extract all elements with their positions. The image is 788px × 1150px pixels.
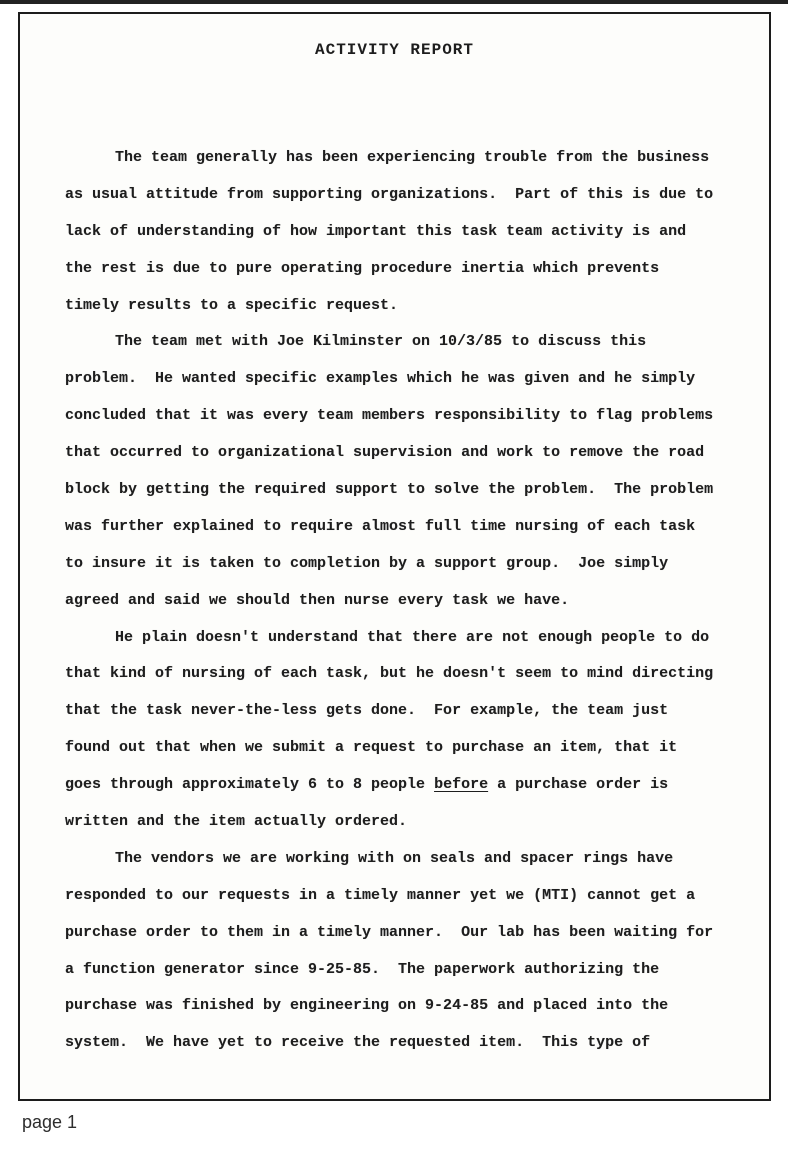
text-line: concluded that it was every team members… [65, 398, 755, 435]
scan-edge-artifact [0, 0, 788, 4]
text-line: problem. He wanted specific examples whi… [65, 361, 755, 398]
document-title: ACTIVITY REPORT [20, 41, 769, 59]
text-line: goes through approximately 6 to 8 people… [65, 767, 755, 804]
text-line: responded to our requests in a timely ma… [65, 878, 755, 915]
text-line: purchase order to them in a timely manne… [65, 915, 755, 952]
text-line: block by getting the required support to… [65, 472, 755, 509]
text-line: The team met with Joe Kilminster on 10/3… [65, 324, 755, 361]
document-body: The team generally has been experiencing… [65, 140, 755, 1062]
text-line: timely results to a specific request. [65, 288, 755, 325]
text-line: that the task never-the-less gets done. … [65, 693, 755, 730]
text-line: He plain doesn't understand that there a… [65, 620, 755, 657]
text-line: the rest is due to pure operating proced… [65, 251, 755, 288]
text-line: found out that when we submit a request … [65, 730, 755, 767]
text-line: lack of understanding of how important t… [65, 214, 755, 251]
text-line: written and the item actually ordered. [65, 804, 755, 841]
text-line: was further explained to require almost … [65, 509, 755, 546]
text-line: agreed and said we should then nurse eve… [65, 583, 755, 620]
text-line: to insure it is taken to completion by a… [65, 546, 755, 583]
text-line: a function generator since 9-25-85. The … [65, 952, 755, 989]
text-line: The vendors we are working with on seals… [65, 841, 755, 878]
text-line: purchase was finished by engineering on … [65, 988, 755, 1025]
document-page: ACTIVITY REPORT The team generally has b… [18, 12, 771, 1101]
text-line: The team generally has been experiencing… [65, 140, 755, 177]
text-line: as usual attitude from supporting organi… [65, 177, 755, 214]
text-line: that occurred to organizational supervis… [65, 435, 755, 472]
text-line: system. We have yet to receive the reque… [65, 1025, 755, 1062]
text-line: that kind of nursing of each task, but h… [65, 656, 755, 693]
page-indicator-label: page 1 [22, 1112, 77, 1133]
underlined-word: before [434, 776, 488, 793]
text-segment: a purchase order is [488, 776, 668, 793]
text-segment: goes through approximately 6 to 8 people [65, 776, 434, 793]
